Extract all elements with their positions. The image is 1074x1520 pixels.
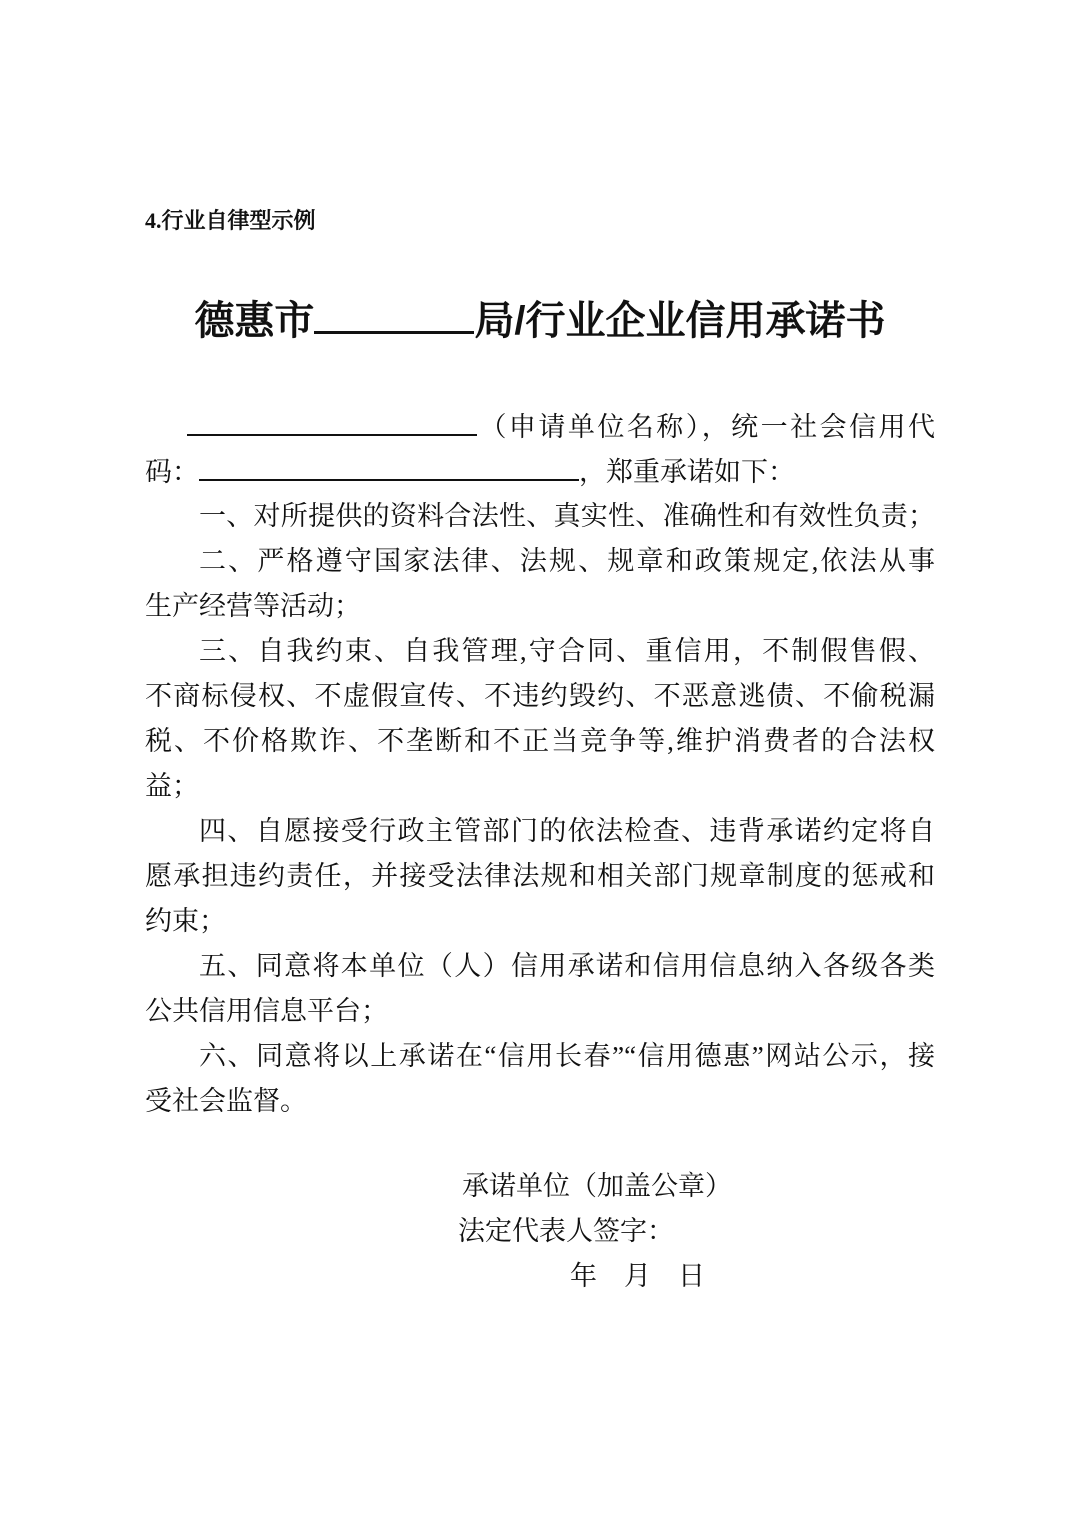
clause-line-2: 二、严格遵守国家法律、法规、规章和政策规定,依法从事 <box>145 539 935 584</box>
document-page: 4.行业自律型示例 德惠市局/行业企业信用承诺书 （申请单位名称），统一社会信用… <box>0 0 1074 1520</box>
clause-line-2-cont: 生产经营等活动； <box>145 584 935 629</box>
document-title: 德惠市局/行业企业信用承诺书 <box>145 290 935 352</box>
title-prefix: 德惠市 <box>194 299 314 343</box>
title-blank-line <box>314 291 474 334</box>
clause-line-4: 四、自愿接受行政主管部门的依法检查、违背承诺约定将自 <box>145 809 935 854</box>
signature-unit-line: 承诺单位（加盖公章） <box>145 1164 935 1209</box>
clause-line-5-cont: 公共信用信息平台； <box>145 989 935 1034</box>
clause-line-5: 五、同意将本单位（人）信用承诺和信用信息纳入各级各类 <box>145 944 935 989</box>
intro-line2-suffix: ，郑重承诺如下： <box>579 457 795 487</box>
clause-line-4-cont: 约束； <box>145 899 935 944</box>
body-text: （申请单位名称），统一社会信用代 码：，郑重承诺如下： 一、对所提供的资料合法性… <box>145 404 935 1124</box>
credit-code-blank-line <box>199 449 579 481</box>
section-label: 4.行业自律型示例 <box>145 206 935 236</box>
intro-line-1: （申请单位名称），统一社会信用代 <box>145 404 935 449</box>
clause-line-1: 一、对所提供的资料合法性、真实性、准确性和有效性负责； <box>145 494 935 539</box>
signature-representative-line: 法定代表人签字： <box>145 1209 935 1254</box>
clause-line-3: 三、自我约束、自我管理,守合同、重信用，不制假售假、 <box>145 629 935 674</box>
applicant-name-blank-line <box>187 404 477 436</box>
clause-line-3-cont: 益； <box>145 764 935 809</box>
document-content: 4.行业自律型示例 德惠市局/行业企业信用承诺书 （申请单位名称），统一社会信用… <box>145 206 935 1299</box>
signature-date-line: 年 月 日 <box>145 1254 935 1299</box>
clause-line-6-cont: 受社会监督。 <box>145 1079 935 1124</box>
title-suffix: 局/行业企业信用承诺书 <box>474 299 885 343</box>
clause-line-3-cont: 不商标侵权、不虚假宣传、不违约毁约、不恶意逃债、不偷税漏 <box>145 674 935 719</box>
intro-line2-prefix: 码： <box>145 457 199 487</box>
intro-line1-text: （申请单位名称），统一社会信用代 <box>477 412 935 442</box>
signature-block: 承诺单位（加盖公章） 法定代表人签字： 年 月 日 <box>145 1164 935 1299</box>
clause-line-4-cont: 愿承担违约责任，并接受法律法规和相关部门规章制度的惩戒和 <box>145 854 935 899</box>
clause-line-3-cont: 税、不价格欺诈、不垄断和不正当竞争等,维护消费者的合法权 <box>145 719 935 764</box>
clause-line-6: 六、同意将以上承诺在“信用长春”“信用德惠”网站公示，接 <box>145 1034 935 1079</box>
intro-line-2: 码：，郑重承诺如下： <box>145 449 935 494</box>
